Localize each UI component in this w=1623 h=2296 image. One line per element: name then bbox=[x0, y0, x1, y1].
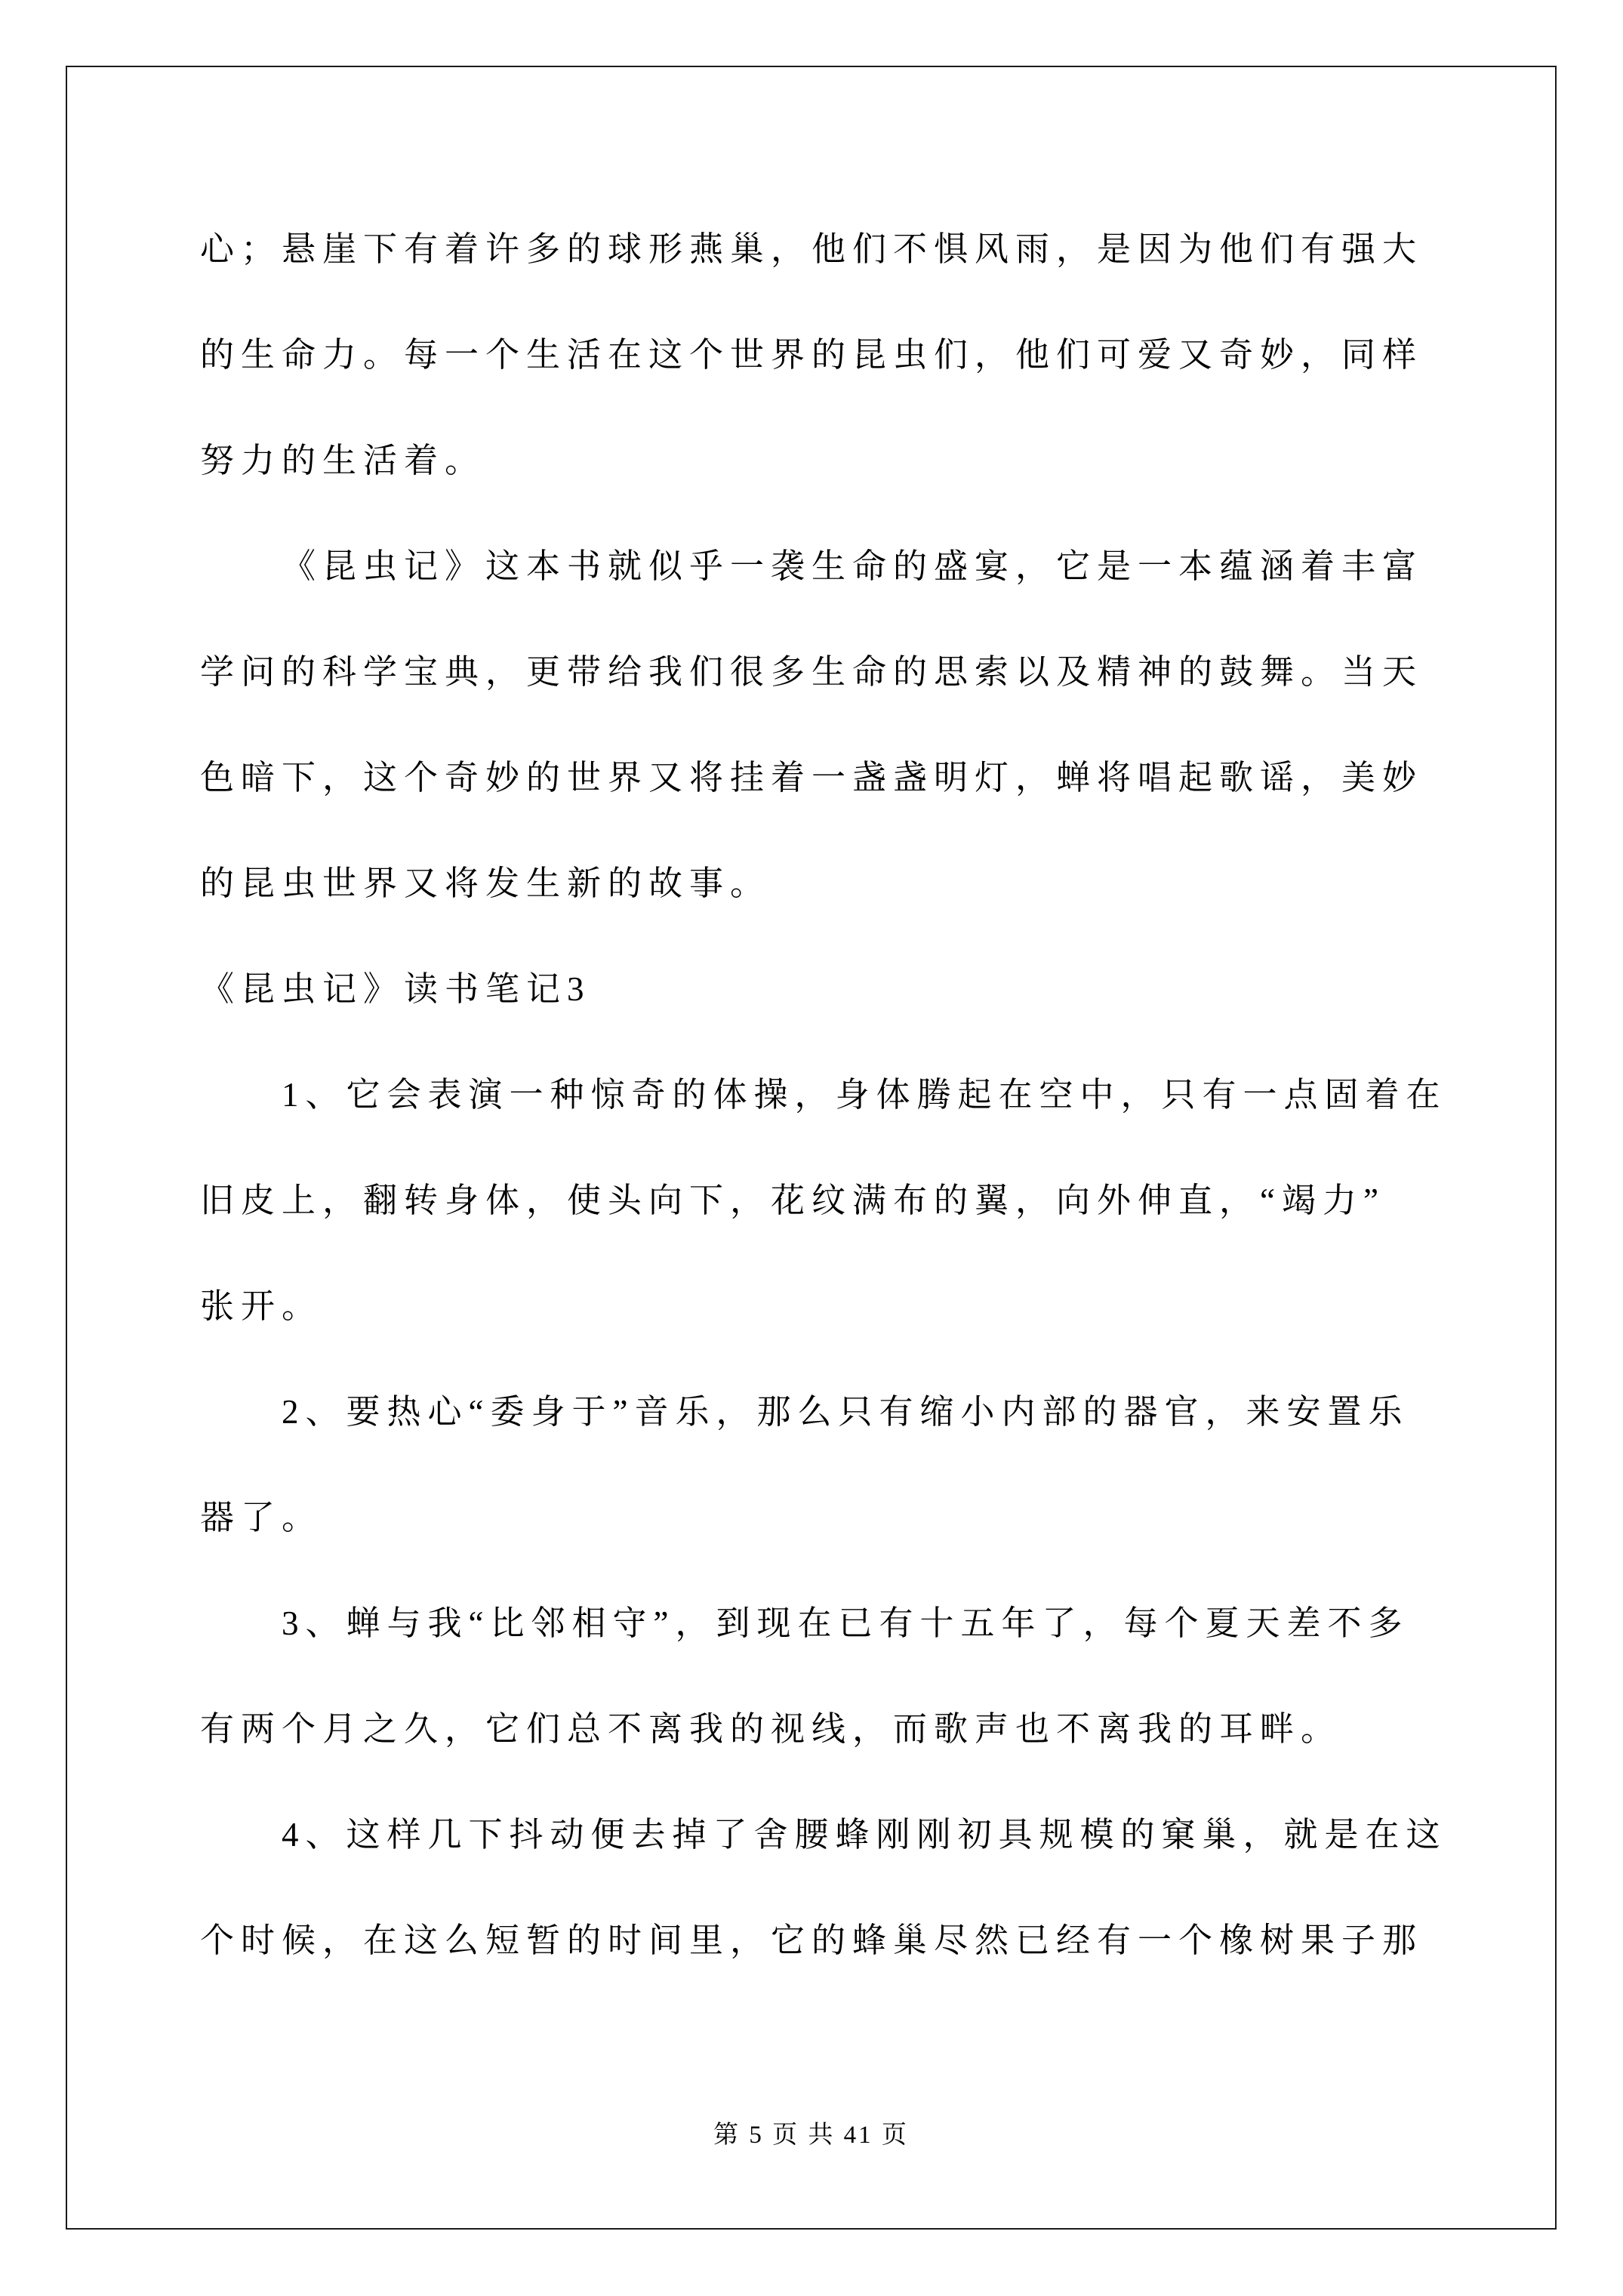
text-line: 张开。 bbox=[200, 1253, 1427, 1359]
text-line: 器了。 bbox=[200, 1465, 1427, 1570]
text-line: 色暗下，这个奇妙的世界又将挂着一盏盏明灯，蝉将唱起歌谣，美妙 bbox=[200, 725, 1427, 831]
text-line: 2、要热心“委身于”音乐，那么只有缩小内部的器官，来安置乐 bbox=[200, 1359, 1427, 1465]
text-line: 3、蝉与我“比邻相守”，到现在已有十五年了，每个夏天差不多 bbox=[200, 1570, 1427, 1676]
text-line: 有两个月之久，它们总不离我的视线，而歌声也不离我的耳畔。 bbox=[200, 1676, 1427, 1782]
document-page: { "doc": { "lines": [ { "text": "心；悬崖下有着… bbox=[0, 0, 1623, 2296]
document-body: 心；悬崖下有着许多的球形燕巢，他们不惧风雨，是因为他们有强大 的生命力。每一个生… bbox=[200, 196, 1427, 1993]
text-line: 的生命力。每一个生活在这个世界的昆虫们，他们可爱又奇妙，同样 bbox=[200, 302, 1427, 408]
text-line: 努力的生活着。 bbox=[200, 408, 1427, 513]
text-line: 学问的科学宝典，更带给我们很多生命的思索以及精神的鼓舞。当天 bbox=[200, 619, 1427, 725]
section-heading-line: 《昆虫记》读书笔记3 bbox=[200, 936, 1427, 1042]
text-line: 个时候，在这么短暂的时间里，它的蜂巢尽然已经有一个橡树果子那 bbox=[200, 1888, 1427, 1993]
text-line: 的昆虫世界又将发生新的故事。 bbox=[200, 831, 1427, 936]
text-line: 旧皮上，翻转身体，使头向下，花纹满布的翼，向外伸直，“竭力” bbox=[200, 1148, 1427, 1253]
page-number: 第 5 页 共 41 页 bbox=[66, 2119, 1557, 2152]
text-line: 《昆虫记》这本书就似乎一袭生命的盛宴，它是一本蕴涵着丰富 bbox=[200, 513, 1427, 619]
text-line: 1、它会表演一种惊奇的体操，身体腾起在空中，只有一点固着在 bbox=[200, 1042, 1427, 1148]
text-line: 4、这样几下抖动便去掉了舍腰蜂刚刚初具规模的窠巢，就是在这 bbox=[200, 1782, 1427, 1888]
text-line: 心；悬崖下有着许多的球形燕巢，他们不惧风雨，是因为他们有强大 bbox=[200, 196, 1427, 302]
